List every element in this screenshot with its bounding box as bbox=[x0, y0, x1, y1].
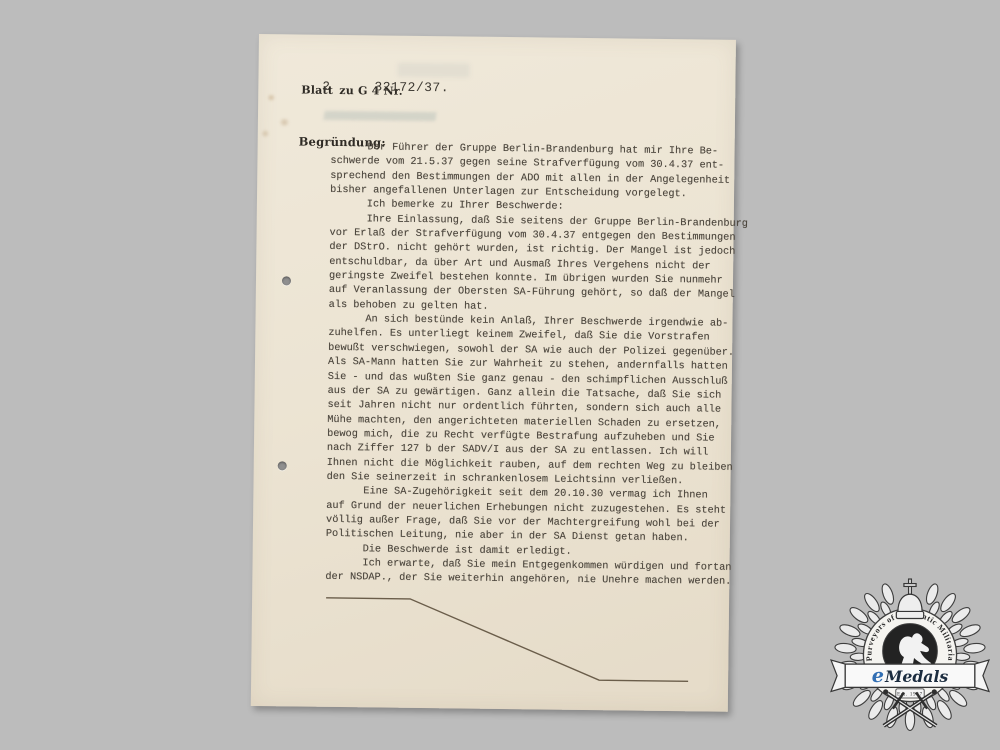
brand-wordmark: eMedals bbox=[872, 664, 949, 687]
emedals-watermark-logo: Purveyors of Authentic Militaria eMedals… bbox=[829, 576, 991, 738]
crown-icon bbox=[896, 579, 923, 618]
signature-line-mark bbox=[251, 34, 736, 712]
brand-prefix: e bbox=[872, 664, 884, 687]
brand-banner: eMedals Est. 1967 bbox=[831, 660, 989, 698]
screenshot-root: { "colors": { "background": "#bcbcbc", "… bbox=[0, 0, 1000, 750]
brand-name: Medals bbox=[884, 667, 948, 686]
document-sheet: Blatt 2 zu G 4 Nr. 32172/37. Begründung:… bbox=[251, 34, 736, 712]
